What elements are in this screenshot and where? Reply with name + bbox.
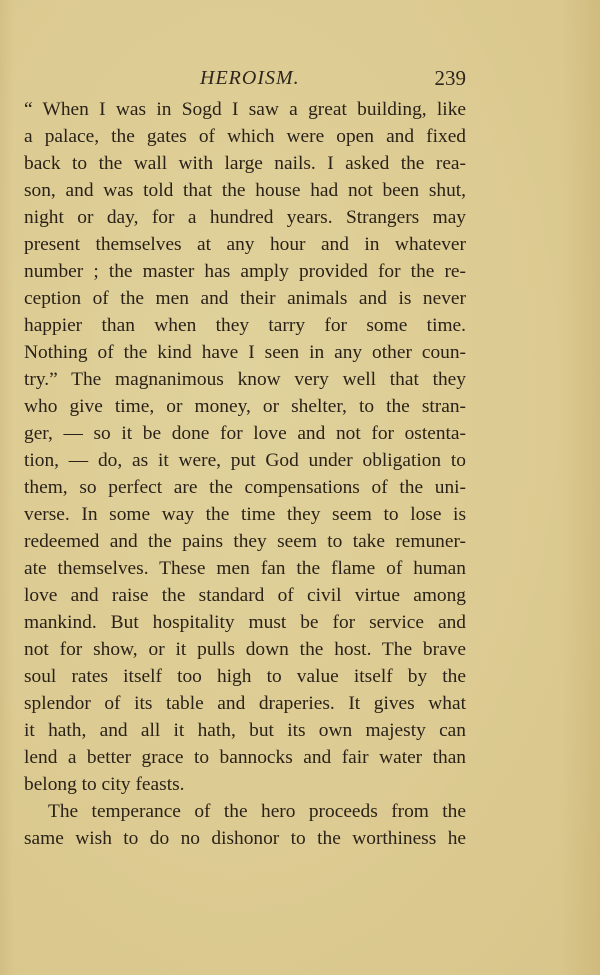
- text-line: tion, — do, as it were, put God under ob…: [24, 447, 466, 474]
- text-line: them, so perfect are the compensations o…: [24, 474, 466, 501]
- text-line: present themselves at any hour and in wh…: [24, 231, 466, 258]
- text-line: ate themselves. These men fan the flame …: [24, 555, 466, 582]
- text-line: who give time, or money, or shelter, to …: [24, 393, 466, 420]
- text-line: lend a better grace to bannocks and fair…: [24, 744, 466, 771]
- text-line: ception of the men and their animals and…: [24, 285, 466, 312]
- text-line: verse. In some way the time they seem to…: [24, 501, 466, 528]
- text-line: ger, — so it be done for love and not fo…: [24, 420, 466, 447]
- text-line: back to the wall with large nails. I ask…: [24, 150, 466, 177]
- text-line: love and raise the standard of civil vir…: [24, 582, 466, 609]
- text-line: happier than when they tarry for some ti…: [24, 312, 466, 339]
- text-line: “ When I was in Sogd I saw a great build…: [24, 96, 466, 123]
- text-line: The temperance of the hero proceeds from…: [24, 798, 466, 825]
- text-line: mankind. But hospitality must be for ser…: [24, 609, 466, 636]
- text-line: same wish to do no dishonor to the worth…: [24, 825, 466, 852]
- running-head: HEROISM. 239: [24, 64, 466, 92]
- text-line: son, and was told that the house had not…: [24, 177, 466, 204]
- text-line: number ; the master has amply provided f…: [24, 258, 466, 285]
- paragraph-1: “ When I was in Sogd I saw a great build…: [24, 96, 466, 798]
- text-line: not for show, or it pulls down the host.…: [24, 636, 466, 663]
- text-line: belong to city feasts.: [24, 771, 466, 798]
- page-number: 239: [435, 64, 467, 92]
- text-line: a palace, the gates of which were open a…: [24, 123, 466, 150]
- running-title: HEROISM.: [200, 64, 300, 92]
- text-line: soul rates itself too high to value itse…: [24, 663, 466, 690]
- text-line: redeemed and the pains they seem to take…: [24, 528, 466, 555]
- text-line: night or day, for a hundred years. Stran…: [24, 204, 466, 231]
- paragraph-2: The temperance of the hero proceeds from…: [24, 798, 466, 852]
- text-line: try.” The magnanimous know very well tha…: [24, 366, 466, 393]
- text-line: Nothing of the kind have I seen in any o…: [24, 339, 466, 366]
- text-line: splendor of its table and draperies. It …: [24, 690, 466, 717]
- body-text: “ When I was in Sogd I saw a great build…: [24, 96, 466, 852]
- text-line: it hath, and all it hath, but its own ma…: [24, 717, 466, 744]
